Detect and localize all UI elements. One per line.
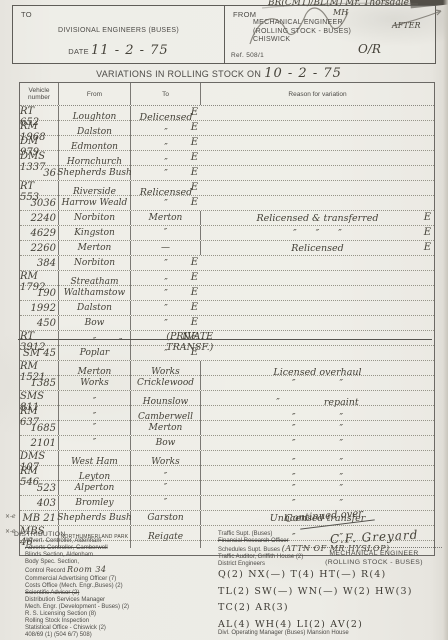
scanned-form-page: { "header": { "to_label": "TO", "to_reci… bbox=[0, 0, 448, 640]
vehicle-number-cell: 1385 bbox=[20, 376, 59, 390]
distribution-item-text: Blinds Section, Aldenham bbox=[25, 552, 93, 558]
distribution-item-text: Rolling Stock Inspection bbox=[25, 618, 89, 624]
from-cell: ″ bbox=[59, 421, 131, 435]
from-cell: FROM MECHANICAL ENGINEER (ROLLING STOCK … bbox=[225, 6, 435, 63]
distribution-item: 408/69 (1) (504 6/7) 508) bbox=[14, 632, 209, 639]
reason-text: ″ bbox=[164, 258, 168, 269]
reason-cell: ″ ″ bbox=[201, 421, 434, 435]
reason-cell: ″ E bbox=[131, 316, 201, 330]
handwritten-routing-note: BR(CMT)/BL(M) Mr. Thorsdale bbox=[268, 0, 409, 8]
table-row: RM 637 ″ Camberwell ″ ″ bbox=[20, 406, 434, 421]
reason-cell: ″ E bbox=[131, 166, 201, 180]
reason-cell: ″ ″ bbox=[201, 496, 434, 510]
to-cell: — bbox=[131, 241, 201, 255]
distribution-title: DISTRIBUTION bbox=[14, 531, 209, 538]
reason-cell: ″ ″ bbox=[201, 481, 434, 495]
from-line-2: (ROLLING STOCK - BUSES) bbox=[253, 28, 351, 37]
vehicle-number-cell: 2260 bbox=[20, 241, 59, 255]
vehicle-number-cell: 403 bbox=[20, 496, 59, 510]
table-row: 384 Norbiton ″ E bbox=[20, 256, 434, 271]
vehicle-number-cell: 523 bbox=[20, 481, 59, 495]
vehicle-number-cell: 2101 bbox=[20, 436, 59, 450]
table-row: RM 1792 Streatham ″ E bbox=[20, 271, 434, 286]
to-label: TO bbox=[21, 10, 32, 19]
table-body: RT 652 Loughton Delicensed E RM 1968 Dal… bbox=[20, 106, 434, 555]
vehicle-number-cell: MB 21 bbox=[20, 511, 59, 525]
to-cell: ″ bbox=[131, 481, 201, 495]
status-flag: E bbox=[191, 257, 198, 268]
distribution-list: DISTRIBUTION Advert. Controller, Aldenha… bbox=[14, 531, 209, 639]
title-date-handwritten: 10 - 2 - 75 bbox=[264, 66, 342, 81]
vehicle-number-cell: 3036 bbox=[20, 196, 59, 210]
status-flag: E bbox=[191, 137, 198, 148]
distribution-item: Distribution Services Manager bbox=[14, 597, 209, 604]
status-flag: E bbox=[191, 107, 198, 118]
status-flag: E bbox=[191, 317, 198, 328]
table-row: RM 546 Leyton ″ ″ ″ bbox=[20, 466, 434, 481]
status-flag: E bbox=[424, 242, 431, 253]
table-row: 190 Walthamstow ″ E bbox=[20, 286, 434, 301]
handwritten-initials: MH bbox=[333, 8, 348, 17]
table-row: 2260 Merton — Relicensed E bbox=[20, 241, 434, 256]
vehicle-number-cell: SM 45 bbox=[20, 346, 59, 360]
reason-text-2: ″ bbox=[340, 498, 344, 509]
table-row: 36 Shepherds Bush ″ E bbox=[20, 166, 434, 181]
signature-rule bbox=[302, 547, 442, 548]
from-line-3: CHISWICK bbox=[253, 36, 351, 45]
ref-number: Ref. 508/1 bbox=[231, 52, 264, 59]
margin-mark: ×-e bbox=[5, 513, 16, 520]
table-row: RT 553 Riverside Relicensed E bbox=[20, 181, 434, 196]
vehicle-number-cell: 4629 bbox=[20, 226, 59, 240]
distribution-item-text: Mech. Engr. (Development - Buses) (2) bbox=[25, 604, 129, 610]
status-flag: E bbox=[191, 152, 198, 163]
garage-allocation-codes: Q(2) NX(—) T(4) HT(—) R(4) TL(2) SW(—) W… bbox=[218, 567, 413, 633]
from-cell: Norbiton bbox=[59, 211, 131, 225]
signature-block: C.F. Greyard MECHANICAL ENGINEER (ROLLIN… bbox=[300, 528, 448, 567]
from-cell: Works bbox=[59, 376, 131, 390]
reason-text-2: ″ bbox=[340, 423, 344, 434]
reason-text: ″ bbox=[164, 168, 168, 179]
vehicle-number-cell: 1685 bbox=[20, 421, 59, 435]
reason-text: ″ bbox=[292, 423, 296, 434]
from-label: FROM bbox=[233, 10, 256, 19]
from-cell: Harrow Weald bbox=[59, 196, 131, 210]
table-row: 2240 Norbiton Merton Relicensed & transf… bbox=[20, 211, 434, 226]
reason-cell: ″ ″ bbox=[201, 376, 434, 390]
reason-cell: ″ ″ bbox=[201, 436, 434, 450]
status-flag: E bbox=[191, 347, 198, 358]
from-cell: Dalston bbox=[59, 301, 131, 315]
title-printed: VARIATIONS IN ROLLING STOCK ON bbox=[96, 69, 261, 79]
table-row: 1385 Works Cricklewood ″ ″ bbox=[20, 376, 434, 391]
to-cell: Merton bbox=[131, 211, 201, 225]
distribution-item-text: Financial Research Officer bbox=[218, 538, 289, 544]
table-row: 523 Alperton ″ ″ ″ bbox=[20, 481, 434, 496]
status-flag: E bbox=[424, 212, 431, 223]
handwritten-note: Room 34 bbox=[67, 565, 106, 574]
reason-text-2: ″ bbox=[340, 483, 344, 494]
status-flag: E bbox=[191, 122, 198, 133]
reason-text-2: ″ bbox=[340, 378, 344, 389]
to-recipient: DIVISIONAL ENGINEERS (BUSES) bbox=[13, 27, 224, 34]
vehicle-number-cell: 1992 bbox=[20, 301, 59, 315]
table-row: RM 1968 Dalston ″ E bbox=[20, 121, 434, 136]
distribution-item-text: Distribution Services Manager bbox=[25, 597, 105, 603]
reason-text: ″ bbox=[164, 198, 168, 209]
distribution-items: Advert. Controller, Aldenham Adverts Con… bbox=[14, 538, 209, 639]
reason-cell: ″ E bbox=[131, 346, 201, 360]
from-cell: Kingston bbox=[59, 226, 131, 240]
reason-text: ″ bbox=[164, 303, 168, 314]
from-address: MECHANICAL ENGINEER (ROLLING STOCK - BUS… bbox=[253, 19, 351, 45]
table-row: 4629 Kingston ″ ″ ″ ″ E bbox=[20, 226, 434, 241]
handwritten-or-mark: O/R bbox=[358, 42, 381, 56]
table-row: DM 979 Edmonton ″ E bbox=[20, 136, 434, 151]
table-row: SMS 811 ″ Hounslow ″ repaint bbox=[20, 391, 434, 406]
distribution-item-text: Schedules Supt. Buses bbox=[218, 547, 280, 553]
status-flag: E bbox=[191, 167, 198, 178]
from-cell: Merton bbox=[59, 241, 131, 255]
allocation-code-line: Q(2) NX(—) T(4) HT(—) R(4) bbox=[218, 567, 413, 584]
from-cell: Bromley bbox=[59, 496, 131, 510]
status-flag: E bbox=[191, 197, 198, 208]
table-row: DMS 1337 Hornchurch ″ E bbox=[20, 151, 434, 166]
reason-text-2: ″ bbox=[340, 438, 344, 449]
reason-text: ″ bbox=[164, 288, 168, 299]
distribution-item: Costs Office (Mech. Engr.,Buses) (2) bbox=[14, 583, 209, 590]
to-cell: Garston bbox=[131, 511, 201, 525]
handwritten-after-note: AFTER bbox=[392, 21, 421, 30]
date-label: DATE bbox=[68, 47, 89, 56]
distribution-item-text: Traffic Supt. (Buses) bbox=[218, 531, 272, 537]
table-row: 1685 ″ Merton ″ ″ bbox=[20, 421, 434, 436]
distribution-item: Rolling Stock Inspection bbox=[14, 618, 209, 625]
table-row: DMS 107 West Ham Works ″ ″ bbox=[20, 451, 434, 466]
codes-list: Q(2) NX(—) T(4) HT(—) R(4) TL(2) SW(—) W… bbox=[218, 567, 413, 633]
distribution-item: Blinds Section, Aldenham bbox=[14, 552, 209, 559]
distribution-item-text: Commercial Advertising Officer (7) bbox=[25, 576, 116, 582]
to-cell: Cricklewood bbox=[131, 376, 201, 390]
to-cell: ″ bbox=[131, 226, 201, 240]
table-row: 3036 Harrow Weald ″ E bbox=[20, 196, 434, 211]
vehicle-number-cell: 190 bbox=[20, 286, 59, 300]
status-flag: E bbox=[424, 227, 431, 238]
from-line-1: MECHANICAL ENGINEER bbox=[253, 19, 351, 28]
signatory-title-2: (ROLLING STOCK - BUSES) bbox=[300, 559, 448, 568]
distribution-item-text: Statistical Office - Chiswick (2) bbox=[25, 625, 106, 631]
vehicle-number-cell: 384 bbox=[20, 256, 59, 270]
status-flag: E bbox=[191, 182, 198, 193]
reason-text: ″ bbox=[292, 378, 296, 389]
status-flag: E bbox=[191, 302, 198, 313]
col-header-reason: Reason for variation bbox=[201, 83, 434, 105]
reason-cell: Relicensed & transferred E bbox=[201, 211, 434, 225]
distribution-item: Statistical Office - Chiswick (2) bbox=[14, 625, 209, 632]
reason-text: ″ bbox=[292, 498, 296, 509]
from-cell: Walthamstow bbox=[59, 286, 131, 300]
distribution-item: Mech. Engr. (Development - Buses) (2) bbox=[14, 604, 209, 611]
date-value-handwritten: 11 - 2 - 75 bbox=[91, 43, 169, 58]
reason-text: ″ bbox=[292, 438, 296, 449]
reason-text: ″ bbox=[164, 318, 168, 329]
to-cell: Bow bbox=[131, 436, 201, 450]
table-row: 1992 Dalston ″ E bbox=[20, 301, 434, 316]
vehicle-number-cell: 450 bbox=[20, 316, 59, 330]
col-header-vehicle: Vehicle number bbox=[20, 83, 59, 105]
reason-text: ″ ″ ″ bbox=[293, 228, 342, 239]
distribution-item: Body Spec. Section, bbox=[14, 559, 209, 566]
distribution-item: Scientific Advisor (2) bbox=[14, 590, 209, 597]
distribution-item-text: Control Record bbox=[25, 568, 65, 574]
distribution-item: Control Record Room 34 bbox=[14, 566, 209, 575]
from-cell: Bow bbox=[59, 316, 131, 330]
signature-script: C.F. Greyard bbox=[329, 528, 418, 547]
from-cell: Poplar bbox=[59, 346, 131, 360]
table-row: 450 Bow ″ E bbox=[20, 316, 434, 331]
from-cell: ″ bbox=[59, 436, 131, 450]
distribution-item-text: Adverts Controller, Camberwell bbox=[25, 545, 108, 551]
signatory-title-1: MECHANICAL ENGINEER bbox=[300, 550, 448, 559]
to-cell: Merton bbox=[131, 421, 201, 435]
vehicle-number-cell: 2240 bbox=[20, 211, 59, 225]
reason-text: Relicensed & transferred bbox=[257, 213, 379, 224]
allocation-code-line: TC(2) AR(3) bbox=[218, 600, 413, 617]
reason-text: Relicensed bbox=[291, 243, 344, 254]
table-row: 403 Bromley ″ ″ ″ bbox=[20, 496, 434, 511]
distribution-item-text: 408/69 (1) (504 6/7) 508) bbox=[25, 632, 92, 638]
distribution-item-text: Costs Office (Mech. Engr.,Buses) (2) bbox=[25, 583, 123, 589]
status-flag: E bbox=[191, 287, 198, 298]
status-flag: NE bbox=[182, 332, 198, 343]
table-row: RT 3912 ″ ″ (PRIVATE TRANSF.) NE bbox=[20, 331, 434, 346]
col-header-from: From bbox=[59, 83, 131, 105]
distribution-item-text: Body Spec. Section, bbox=[25, 559, 79, 565]
dom-footer-line: Divl. Operating Manager (Buses) Mansion … bbox=[218, 630, 349, 636]
table-row: SM 45 Poplar ″ E bbox=[20, 346, 434, 361]
table-row: 2101 ″ Bow ″ ″ bbox=[20, 436, 434, 451]
reason-text: ″ bbox=[292, 483, 296, 494]
vehicle-number-cell: 36 bbox=[20, 166, 59, 180]
distribution-item: Advert. Controller, Aldenham bbox=[14, 538, 209, 545]
distribution-item-text: Scientific Advisor (2) bbox=[25, 590, 79, 596]
distribution-item-text: Advert. Controller, Aldenham bbox=[25, 538, 101, 544]
reason-cell: ″ ″ ″ E bbox=[201, 226, 434, 240]
reason-cell: ″ E bbox=[131, 286, 201, 300]
from-cell: Shepherds Bush bbox=[59, 511, 131, 525]
from-cell: Alperton bbox=[59, 481, 131, 495]
col-header-to: To bbox=[131, 83, 201, 105]
distribution-item: Commercial Advertising Officer (7) bbox=[14, 576, 209, 583]
distribution-item: R. S. Licensing Section (8) bbox=[14, 611, 209, 618]
reason-cell: Relicensed E bbox=[201, 241, 434, 255]
distribution-item-text: Traffic Auditor, Griffith House (2) bbox=[218, 554, 303, 560]
date-line: DATE 11 - 2 - 75 bbox=[13, 43, 224, 58]
table-row: RT 652 Loughton Delicensed E bbox=[20, 106, 434, 121]
to-cell: ″ bbox=[131, 496, 201, 510]
to-cell: TO DIVISIONAL ENGINEERS (BUSES) DATE 11 … bbox=[13, 6, 225, 63]
table-header-row: Vehicle number From To Reason for variat… bbox=[20, 83, 434, 106]
page-title: VARIATIONS IN ROLLING STOCK ON 10 - 2 - … bbox=[0, 66, 438, 81]
distribution-item: Adverts Controller, Camberwell bbox=[14, 545, 209, 552]
table-row: ×-e MB 21 Shepherds Bush Garston Unlicen… bbox=[20, 511, 434, 526]
distribution-item-text: R. S. Licensing Section (8) bbox=[25, 611, 96, 617]
reason-cell: ″ E bbox=[131, 256, 201, 270]
allocation-code-line: TL(2) SW(—) WN(—) W(2) HW(3) bbox=[218, 584, 413, 601]
reason-cell: ″ E bbox=[131, 301, 201, 315]
from-cell: Norbiton bbox=[59, 256, 131, 270]
from-cell: Shepherds Bush bbox=[59, 166, 131, 180]
reason-cell: ″ E bbox=[131, 196, 201, 210]
status-flag: E bbox=[191, 272, 198, 283]
variations-table: Vehicle number From To Reason for variat… bbox=[19, 82, 435, 556]
table-row: RM 1521 Merton Works Licensed overhaul bbox=[20, 361, 434, 376]
reason-text: ″ bbox=[164, 348, 168, 359]
